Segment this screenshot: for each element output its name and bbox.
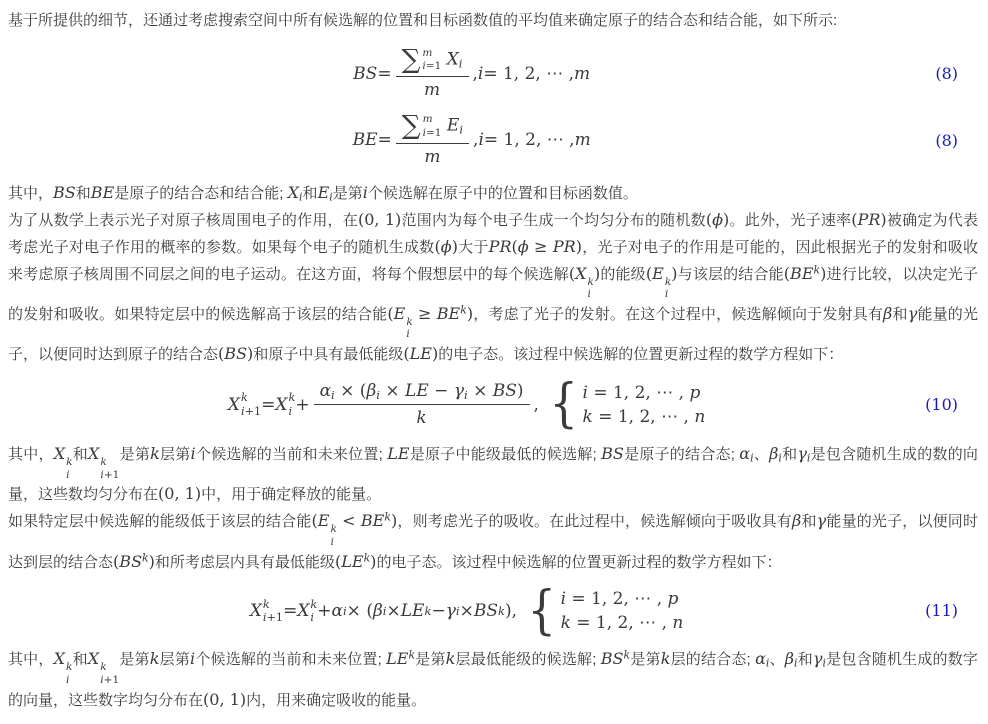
inline-math: Xki (54, 444, 73, 463)
inline-math: γi (813, 649, 826, 668)
inline-math: Xki (54, 649, 73, 668)
inline-math: k (446, 649, 456, 668)
inline-math: (LE) (403, 344, 438, 363)
equation-number: (11) (925, 601, 978, 620)
inline-math: γ (908, 304, 918, 323)
document-body: 基于所提供的细节，还通过考虑搜索空间中所有候选解的位置和目标函数值的平均值来确定… (8, 8, 978, 714)
inline-math: β (792, 511, 801, 530)
equation-binding-state-formula: BS = ∑mi=1 Xim, i = 1, 2, ⋯ , m (8, 47, 935, 100)
inline-math: βi (785, 649, 798, 668)
inline-math: BE (91, 183, 114, 202)
inline-math: k (661, 649, 671, 668)
inline-math: (0, 1) (358, 210, 401, 229)
inline-math: k (150, 649, 160, 668)
inline-math: LEk (386, 649, 415, 668)
inline-math: Xi (288, 183, 303, 202)
inline-math: LE (387, 444, 409, 463)
inline-math: (ϕ) (434, 237, 457, 256)
photon-mechanism-paragraph: 为了从数学上表示光子对原子核周围电子的作用，在(0, 1)范围内为每个电子生成一… (8, 207, 978, 368)
definitions-paragraph: 其中，BS和BE是原子的结合态和结合能; Xi和Ei是第i个候选解在原子中的位置… (8, 180, 978, 207)
absorption-paragraph: 如果特定层中候选解的能级低于该层的结合能(Eki < BEk)，则考虑光子的吸收… (8, 508, 978, 575)
inline-math: i (363, 183, 368, 202)
inline-math: BS (53, 183, 76, 202)
inline-math: (0, 1) (203, 690, 246, 709)
inline-math: i (191, 444, 196, 463)
emission-terms-paragraph: 其中，Xki和Xki+1是第k层第i个候选解的当前和未来位置; LE是原子中能级… (8, 441, 978, 508)
inline-math: Xki+1 (88, 444, 119, 463)
equation-emission-update-formula: Xki+1 = Xki + αi × (βi × LE − γi × BS)k,… (8, 381, 925, 428)
equation-absorption-update: Xki+1 = Xki + αi × (βi × LEk − γi × BSk)… (8, 589, 978, 634)
equation-binding-energy-formula: BE = ∑mi=1 Eim, i = 1, 2, ⋯ , m (8, 113, 935, 166)
equation-binding-state: BS = ∑mi=1 Xim, i = 1, 2, ⋯ , m(8) (8, 47, 978, 100)
inline-math: γ (817, 511, 827, 530)
inline-math: (PR) (851, 210, 886, 229)
equation-number: (8) (935, 64, 978, 83)
inline-math: (LEk) (335, 552, 377, 571)
inline-math: (Xki) (569, 264, 600, 283)
equation-emission-update: Xki+1 = Xki + αi × (βi × LE − γi × BS)k,… (8, 381, 978, 428)
paper-page: 基于所提供的细节，还通过考虑搜索空间中所有候选解的位置和目标函数值的平均值来确定… (8, 8, 978, 714)
inline-math: BSk (601, 649, 630, 668)
inline-math: Ei (318, 183, 333, 202)
equation-number: (8) (935, 131, 978, 150)
equation-number: (10) (925, 395, 978, 414)
inline-math: βi (769, 444, 782, 463)
inline-math: (0, 1) (158, 484, 201, 503)
inline-math: αi (739, 444, 753, 463)
inline-math: γi (797, 444, 810, 463)
inline-math: Xki+1 (88, 649, 119, 668)
inline-math: (BEk) (784, 264, 827, 283)
inline-math: PR(ϕ ≥ PR) (489, 237, 582, 256)
intro-paragraph: 基于所提供的细节，还通过考虑搜索空间中所有候选解的位置和目标函数值的平均值来确定… (8, 8, 978, 34)
equation-binding-energy: BE = ∑mi=1 Eim, i = 1, 2, ⋯ , m(8) (8, 113, 978, 166)
equation-absorption-update-formula: Xki+1 = Xki + αi × (βi × LEk − γi × BSk)… (8, 589, 925, 634)
inline-math: (Eki) (646, 264, 678, 283)
inline-math: k (150, 444, 160, 463)
inline-math: β (883, 304, 892, 323)
inline-math: (BSk) (113, 552, 155, 571)
inline-math: (Eki ≥ BEk) (387, 304, 473, 323)
inline-math: αi (755, 649, 769, 668)
inline-math: i (190, 649, 195, 668)
inline-math: (Eki < BEk) (312, 511, 398, 530)
inline-math: BS (601, 444, 624, 463)
inline-math: (ϕ) (706, 210, 729, 229)
absorption-terms-paragraph: 其中，Xki和Xki+1是第k层第i个候选解的当前和未来位置; LEk是第k层最… (8, 646, 978, 713)
inline-math: (BS) (218, 344, 253, 363)
